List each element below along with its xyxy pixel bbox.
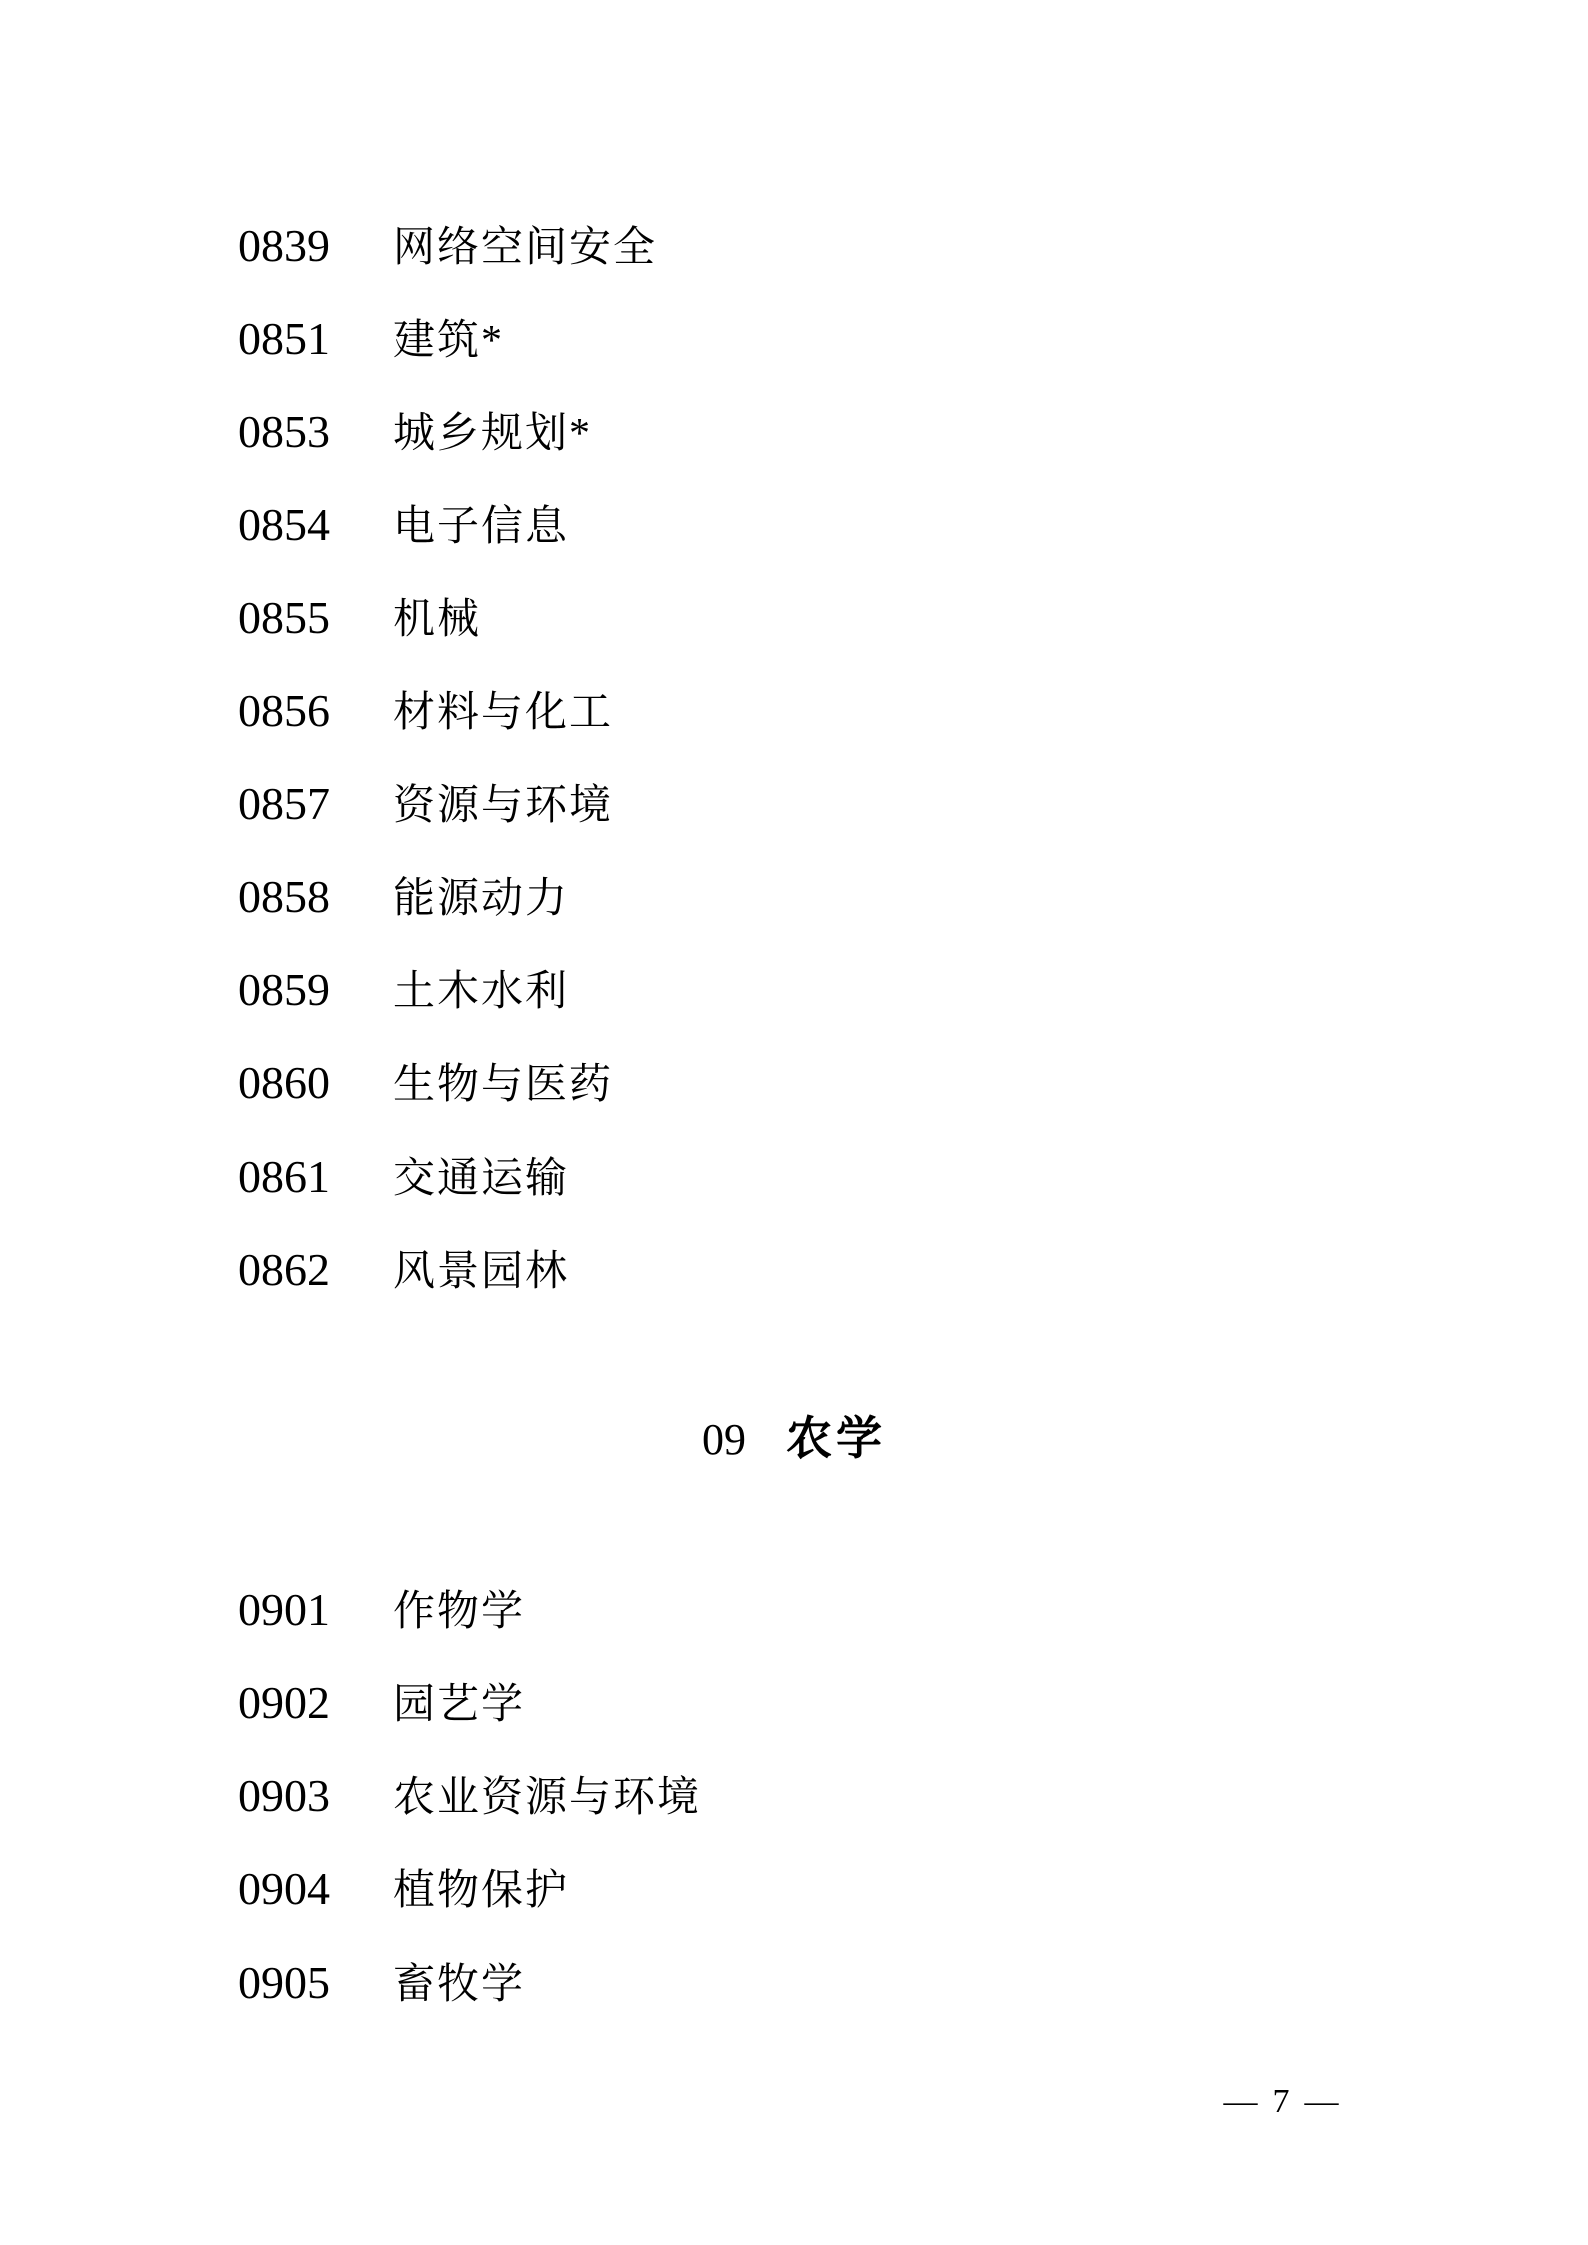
discipline-name: 交通运输 bbox=[393, 1156, 569, 1202]
discipline-code: 0860 bbox=[238, 1060, 393, 1106]
discipline-row: 0904植物保护 bbox=[238, 1866, 569, 1912]
discipline-name: 资源与环境 bbox=[393, 783, 613, 829]
document-page: 0839网络空间安全 0851建筑* 0853城乡规划* 0854电子信息 08… bbox=[0, 0, 1588, 2245]
discipline-row: 0855机械 bbox=[238, 595, 481, 641]
section-heading-code: 09 bbox=[702, 1415, 746, 1464]
discipline-row: 0859土木水利 bbox=[238, 967, 569, 1013]
discipline-name: 风景园林 bbox=[393, 1249, 569, 1295]
section-heading: 09农学 bbox=[0, 1415, 1588, 1462]
discipline-code: 0855 bbox=[238, 595, 393, 641]
discipline-code: 0856 bbox=[238, 688, 393, 734]
page-number: 7 bbox=[1273, 2085, 1290, 2119]
discipline-row: 0901作物学 bbox=[238, 1587, 525, 1633]
discipline-code: 0858 bbox=[238, 874, 393, 920]
discipline-row: 0902园艺学 bbox=[238, 1680, 525, 1726]
discipline-row: 0858能源动力 bbox=[238, 874, 569, 920]
discipline-name: 材料与化工 bbox=[393, 690, 613, 736]
section-heading-title: 农学 bbox=[786, 1412, 886, 1464]
discipline-row: 0903农业资源与环境 bbox=[238, 1773, 701, 1819]
discipline-row: 0856材料与化工 bbox=[238, 688, 613, 734]
discipline-code: 0854 bbox=[238, 502, 393, 548]
discipline-row: 0861交通运输 bbox=[238, 1154, 569, 1200]
discipline-name: 农业资源与环境 bbox=[393, 1775, 701, 1821]
discipline-row: 0862风景园林 bbox=[238, 1247, 569, 1293]
discipline-code: 0839 bbox=[238, 223, 393, 269]
discipline-row: 0854电子信息 bbox=[238, 502, 569, 548]
discipline-name: 植物保护 bbox=[393, 1868, 569, 1914]
discipline-name: 畜牧学 bbox=[393, 1962, 525, 2008]
page-footer: — 7 — bbox=[1161, 2085, 1401, 2119]
discipline-code: 0904 bbox=[238, 1866, 393, 1912]
discipline-code: 0861 bbox=[238, 1154, 393, 1200]
discipline-name: 建筑* bbox=[393, 318, 504, 364]
discipline-name: 电子信息 bbox=[393, 504, 569, 550]
discipline-code: 0857 bbox=[238, 781, 393, 827]
discipline-name: 机械 bbox=[393, 597, 481, 643]
discipline-code: 0901 bbox=[238, 1587, 393, 1633]
discipline-name: 能源动力 bbox=[393, 876, 569, 922]
discipline-name: 园艺学 bbox=[393, 1682, 525, 1728]
footer-dash-right: — bbox=[1305, 2085, 1339, 2119]
discipline-code: 0905 bbox=[238, 1960, 393, 2006]
discipline-name: 土木水利 bbox=[393, 969, 569, 1015]
discipline-name: 网络空间安全 bbox=[393, 225, 657, 271]
discipline-row: 0839网络空间安全 bbox=[238, 223, 657, 269]
discipline-name: 生物与医药 bbox=[393, 1062, 613, 1108]
discipline-name: 作物学 bbox=[393, 1589, 525, 1635]
discipline-code: 0902 bbox=[238, 1680, 393, 1726]
discipline-row: 0851建筑* bbox=[238, 316, 504, 362]
discipline-name: 城乡规划* bbox=[393, 411, 592, 457]
discipline-code: 0859 bbox=[238, 967, 393, 1013]
discipline-row: 0857资源与环境 bbox=[238, 781, 613, 827]
discipline-code: 0862 bbox=[238, 1247, 393, 1293]
discipline-row: 0853城乡规划* bbox=[238, 409, 592, 455]
discipline-code: 0853 bbox=[238, 409, 393, 455]
footer-dash-left: — bbox=[1224, 2085, 1258, 2119]
discipline-code: 0851 bbox=[238, 316, 393, 362]
discipline-code: 0903 bbox=[238, 1773, 393, 1819]
discipline-row: 0860生物与医药 bbox=[238, 1060, 613, 1106]
discipline-row: 0905畜牧学 bbox=[238, 1960, 525, 2006]
